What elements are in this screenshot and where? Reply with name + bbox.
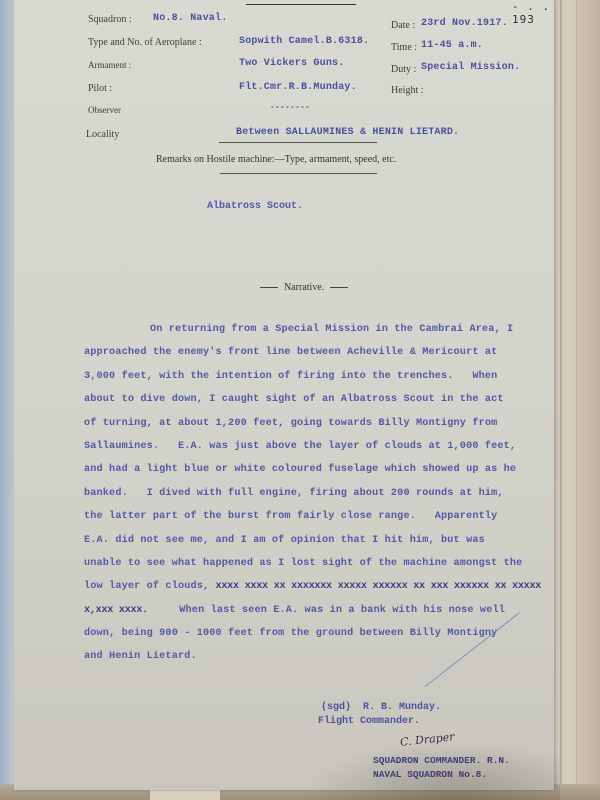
remarks-label: Remarks on Hostile machine:—Type, armame…	[156, 154, 396, 165]
signer-title: Flight Commander.	[318, 716, 420, 727]
signed-by: (sgd) R. B. Munday.	[321, 702, 441, 713]
height-label: Height :	[391, 85, 424, 96]
struck-out-text: x,xxx xxxx.	[84, 605, 148, 616]
narrative-line: x,xxx xxxx. When last seen E.A. was in a…	[84, 599, 584, 622]
narrative-line: unable to see what happened as I lost si…	[84, 552, 584, 575]
aeroplane-label: Type and No. of Aeroplane :	[88, 37, 202, 48]
pilot-value: Flt.Cmr.R.B.Munday.	[239, 82, 357, 93]
date-value: 23rd Nov.1917.	[421, 18, 508, 29]
narrative-line: Sallaumines. E.A. was just above the lay…	[84, 435, 584, 458]
narrative-line: the latter part of the burst from fairly…	[84, 505, 584, 528]
locality-value: Between SALLAUMINES & HENIN LIETARD.	[236, 127, 459, 138]
narrative-line: E.A. did not see me, and I am of opinion…	[84, 529, 584, 552]
narrative-line: of turning, at about 1,200 feet, going t…	[84, 412, 584, 435]
aeroplane-value: Sopwith Camel.B.6318.	[239, 36, 369, 47]
narrative-line: 3,000 feet, with the intention of firing…	[84, 365, 584, 388]
duty-value: Special Mission.	[421, 62, 520, 73]
narrative-line: low layer of clouds, xxxx xxxx xx xxxxxx…	[84, 575, 584, 598]
narrative-line: approached the enemy's front line betwee…	[84, 341, 584, 364]
narrative-body: On returning from a Special Mission in t…	[84, 318, 584, 669]
narrative-line: On returning from a Special Mission in t…	[84, 318, 584, 341]
armament-value: Two Vickers Guns.	[239, 58, 344, 69]
narrative-line: about to dive down, I caught sight of an…	[84, 388, 584, 411]
locality-label: Locality	[86, 129, 119, 140]
narrative-line: banked. I dived with full engine, firing…	[84, 482, 584, 505]
squadron-value: No.8. Naval.	[153, 13, 227, 24]
squadron-label: Squadron :	[88, 14, 132, 25]
observer-value: --------	[270, 103, 310, 112]
narrative-line: and Henin Lietard.	[84, 645, 584, 668]
narrative-line: down, being 900 - 1000 feet from the gro…	[84, 622, 584, 645]
folio-number: - . . 193	[512, 0, 554, 26]
struck-out-text: xxxx xxxx xx xxxxxxx xxxxx xxxxxx xx xxx…	[216, 581, 542, 592]
time-value: 11-45 a.m.	[421, 40, 483, 51]
header-rule	[219, 142, 377, 143]
top-rule	[246, 4, 356, 5]
observer-label: Observer	[88, 105, 121, 115]
time-label: Time :	[391, 42, 417, 53]
narrative-heading: Narrative.	[254, 282, 354, 293]
page-shadow	[300, 740, 560, 800]
date-label: Date :	[391, 20, 415, 31]
armament-label: Armament :	[88, 60, 131, 70]
duty-label: Duty :	[391, 64, 416, 75]
hostile-machine-type: Albatross Scout.	[207, 201, 303, 212]
narrative-line: and had a light blue or white coloured f…	[84, 458, 584, 481]
pilot-label: Pilot :	[88, 83, 112, 94]
remarks-rule	[220, 173, 377, 174]
